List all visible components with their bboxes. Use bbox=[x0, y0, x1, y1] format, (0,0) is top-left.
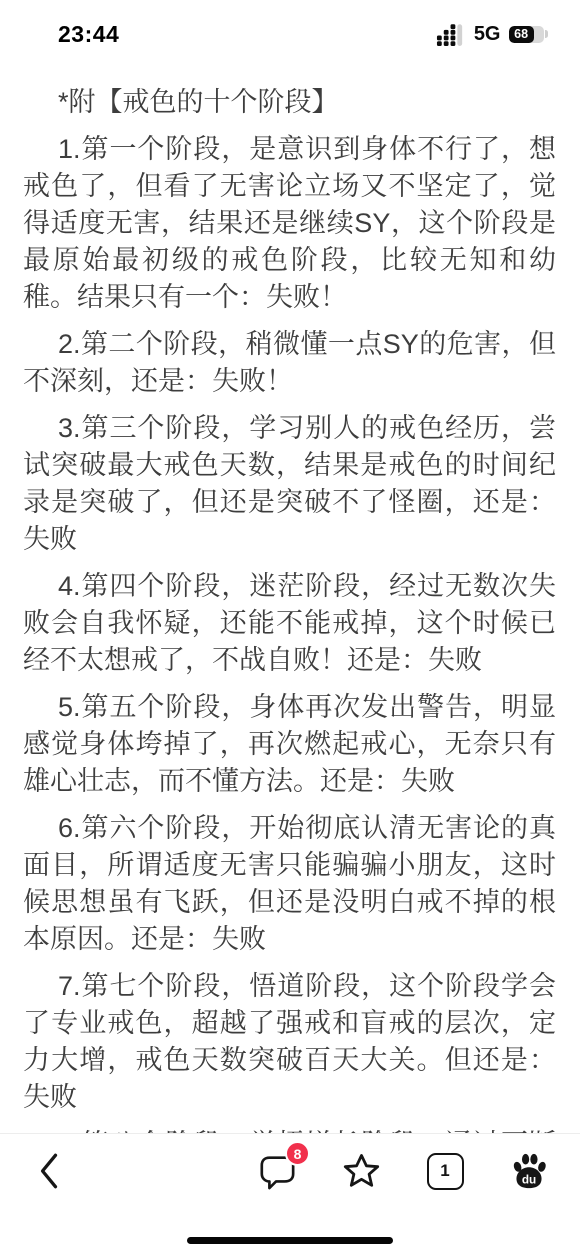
comments-button[interactable]: 8 bbox=[256, 1150, 298, 1192]
article-paragraph-7: 7.第七个阶段，悟道阶段，这个阶段学会了专业戒色，超越了强戒和盲戒的层次，定力大… bbox=[23, 968, 556, 1116]
tab-counter-icon: 1 bbox=[427, 1153, 464, 1190]
article-paragraph-3: 3.第三个阶段，学习别人的戒色经历，尝试突破最大戒色天数，结果是戒色的时间纪录是… bbox=[23, 410, 556, 558]
svg-text:du: du bbox=[522, 1174, 536, 1187]
article-paragraph-5: 5.第五个阶段，身体再次发出警告，明显感觉身体垮掉了，再次燃起戒心，无奈只有雄心… bbox=[23, 689, 556, 800]
article-paragraph-6: 6.第六个阶段，开始彻底认清无害论的真面目，所谓适度无害只能骗骗小朋友，这时候思… bbox=[23, 810, 556, 958]
article-paragraph-4: 4.第四个阶段，迷茫阶段，经过无数次失败会自我怀疑，还能不能戒掉，这个时候已经不… bbox=[23, 568, 556, 679]
status-right-cluster: 5G 68 bbox=[433, 23, 548, 46]
article-paragraph-2: 2.第二个阶段，稍微懂一点SY的危害，但不深刻，还是：失败！ bbox=[23, 326, 556, 400]
toolbar-icon-group: 8 1 bbox=[256, 1150, 550, 1192]
phone-screen: 23:44 5G 6 bbox=[0, 0, 580, 1255]
cellular-signal-icon bbox=[433, 23, 466, 46]
battery-fill: 68 bbox=[509, 26, 534, 43]
article-content: *附【戒色的十个阶段】 1.第一个阶段，是意识到身体不行了，想戒色了，但看了无害… bbox=[23, 84, 556, 1133]
battery-icon: 68 bbox=[509, 26, 549, 43]
bottom-toolbar: 8 1 bbox=[0, 1133, 580, 1255]
favorite-button[interactable] bbox=[340, 1150, 382, 1192]
toolbar-row: 8 1 bbox=[0, 1134, 580, 1208]
article-title: *附【戒色的十个阶段】 bbox=[23, 84, 556, 121]
battery-nub bbox=[545, 30, 548, 38]
comment-count-badge: 8 bbox=[285, 1141, 310, 1166]
tabs-button[interactable]: 1 bbox=[424, 1150, 466, 1192]
baidu-home-button[interactable]: du bbox=[508, 1150, 550, 1192]
status-bar: 23:44 5G 6 bbox=[0, 0, 580, 58]
baidu-paw-icon: du bbox=[510, 1152, 548, 1190]
status-time: 23:44 bbox=[58, 21, 119, 48]
battery-percent-label: 68 bbox=[514, 27, 528, 41]
home-indicator[interactable] bbox=[187, 1237, 393, 1244]
star-icon bbox=[341, 1151, 382, 1191]
article-paragraph-8: 8.第八个阶段，觉悟增长阶段，通过不断学习戒色文章，戒色的觉悟不断增长，突破20… bbox=[23, 1126, 556, 1133]
article-paragraph-1: 1.第一个阶段，是意识到身体不行了，想戒色了，但看了无害论立场又不坚定了，觉得适… bbox=[23, 131, 556, 316]
network-type-label: 5G bbox=[474, 23, 501, 46]
back-button[interactable] bbox=[28, 1150, 70, 1192]
tab-count-label: 1 bbox=[440, 1161, 449, 1181]
back-chevron-icon bbox=[37, 1151, 61, 1191]
battery-body: 68 bbox=[509, 26, 544, 43]
